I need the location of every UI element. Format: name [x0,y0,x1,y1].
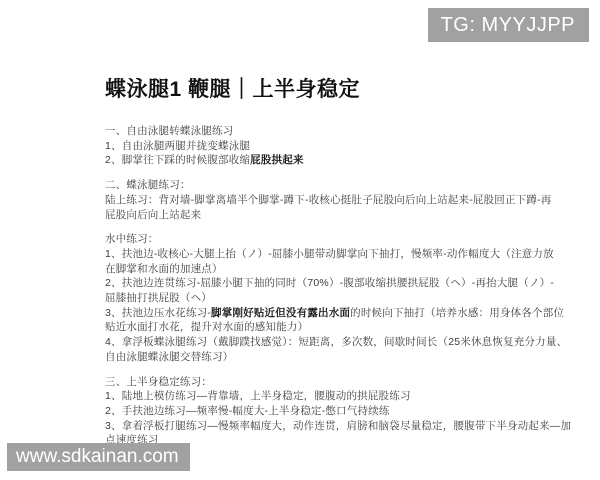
text-run: 在脚掌和水面的加速点） [105,263,223,275]
text-section: 三、上半身稳定练习：1、陆地上模仿练习—背靠墙，上半身稳定，腰腹动的拱屁股练习2… [105,375,525,449]
text-run: 的时候向下抽打（培养水感：用身体各个部位 [350,307,564,319]
text-line: 一、自由泳腿转蝶泳腿练习 [105,124,525,139]
text-run: 3、扶池边压水花练习- [105,307,211,319]
text-line: 2、脚掌往下踩的时候腹部收缩屁股拱起来 [105,153,525,168]
text-line: 2、手扶池边练习—频率慢-幅度大-上半身稳定-憋口气持续练 [105,404,525,419]
text-line: 三、上半身稳定练习： [105,375,525,390]
text-run: 贴近水面打水花，提升对水面的感知能力） [105,321,308,333]
document-body: 一、自由泳腿转蝶泳腿练习1、自由泳腿两腿并拢变蝶泳腿2、脚掌往下踩的时候腹部收缩… [105,124,525,448]
text-line: 3、拿着浮板打腿练习—慢频率幅度大，动作连贯，肩膀和脑袋尽量稳定，腰腹带下半身动… [105,419,525,434]
text-line: 2、扶池边连贯练习-屈膝小腿下抽的同时（70%）-腹部收缩拱腰拱屁股（ヘ）-再抬… [105,276,525,291]
website-watermark: www.sdkainan.com [7,443,190,471]
text-run: 3、拿着浮板打腿练习—慢频率幅度大，动作连贯，肩膀和脑袋尽量稳定，腰腹带下半身动… [105,420,571,432]
text-run: 4、拿浮板蝶泳腿练习（戴脚蹼找感觉）：短距离，多次数，间歇时间长（25米休息恢复… [105,336,567,348]
text-section: 二、蝶泳腿练习：陆上练习：背对墙-脚掌离墙半个脚掌-蹲下-收核心挺肚子屁股向后向… [105,178,525,222]
text-run: 水中练习： [105,233,159,245]
text-line: 水中练习： [105,232,525,247]
text-line: 自由泳腿蝶泳腿交替练习） [105,350,525,365]
text-section: 一、自由泳腿转蝶泳腿练习1、自由泳腿两腿并拢变蝶泳腿2、脚掌往下踩的时候腹部收缩… [105,124,525,168]
text-section: 水中练习：1、扶池边-收核心-大腿上抬（ノ）-屈膝小腿带动脚掌向下抽打，慢频率-… [105,232,525,364]
text-run: 陆上练习：背对墙-脚掌离墙半个脚掌-蹲下-收核心挺肚子屁股向后向上站起来-屁股回… [105,194,551,206]
text-run: 屁股向后向上站起来 [105,209,201,221]
text-run: 二、蝶泳腿练习： [105,179,191,191]
text-line: 屁股向后向上站起来 [105,208,525,223]
document-page: 蝶泳腿1 鞭腿｜上半身稳定 一、自由泳腿转蝶泳腿练习1、自由泳腿两腿并拢变蝶泳腿… [105,73,525,458]
text-run: 一、自由泳腿转蝶泳腿练习 [105,125,233,137]
text-run: 2、扶池边连贯练习-屈膝小腿下抽的同时（70%）-腹部收缩拱腰拱屁股（ヘ）-再抬… [105,277,554,289]
text-run: 1、扶池边-收核心-大腿上抬（ノ）-屈膝小腿带动脚掌向下抽打，慢频率-动作幅度大… [105,248,554,260]
text-line: 屈膝抽打拱屁股（ヘ） [105,291,525,306]
text-line: 二、蝶泳腿练习： [105,178,525,193]
page-title: 蝶泳腿1 鞭腿｜上半身稳定 [105,73,525,103]
text-line: 在脚掌和水面的加速点） [105,262,525,277]
bold-text-run: 脚掌刚好贴近但没有露出水面 [211,307,350,319]
telegram-contact-badge: TG: MYYJJPP [428,8,589,42]
text-line: 1、自由泳腿两腿并拢变蝶泳腿 [105,139,525,154]
text-line: 贴近水面打水花，提升对水面的感知能力） [105,320,525,335]
text-run: 2、脚掌往下踩的时候腹部收缩 [105,154,250,166]
text-run: 1、自由泳腿两腿并拢变蝶泳腿 [105,140,250,152]
text-line: 1、陆地上模仿练习—背靠墙，上半身稳定，腰腹动的拱屁股练习 [105,389,525,404]
text-line: 4、拿浮板蝶泳腿练习（戴脚蹼找感觉）：短距离，多次数，间歇时间长（25米休息恢复… [105,335,525,350]
bold-text-run: 屁股拱起来 [250,154,304,166]
text-run: 屈膝抽打拱屁股（ヘ） [105,292,212,304]
text-line: 3、扶池边压水花练习-脚掌刚好贴近但没有露出水面的时候向下抽打（培养水感：用身体… [105,306,525,321]
text-run: 自由泳腿蝶泳腿交替练习） [105,351,233,363]
text-line: 陆上练习：背对墙-脚掌离墙半个脚掌-蹲下-收核心挺肚子屁股向后向上站起来-屁股回… [105,193,525,208]
text-run: 1、陆地上模仿练习—背靠墙，上半身稳定，腰腹动的拱屁股练习 [105,390,411,402]
text-run: 2、手扶池边练习—频率慢-幅度大-上半身稳定-憋口气持续练 [105,405,390,417]
text-run: 三、上半身稳定练习： [105,376,212,388]
text-line: 1、扶池边-收核心-大腿上抬（ノ）-屈膝小腿带动脚掌向下抽打，慢频率-动作幅度大… [105,247,525,262]
